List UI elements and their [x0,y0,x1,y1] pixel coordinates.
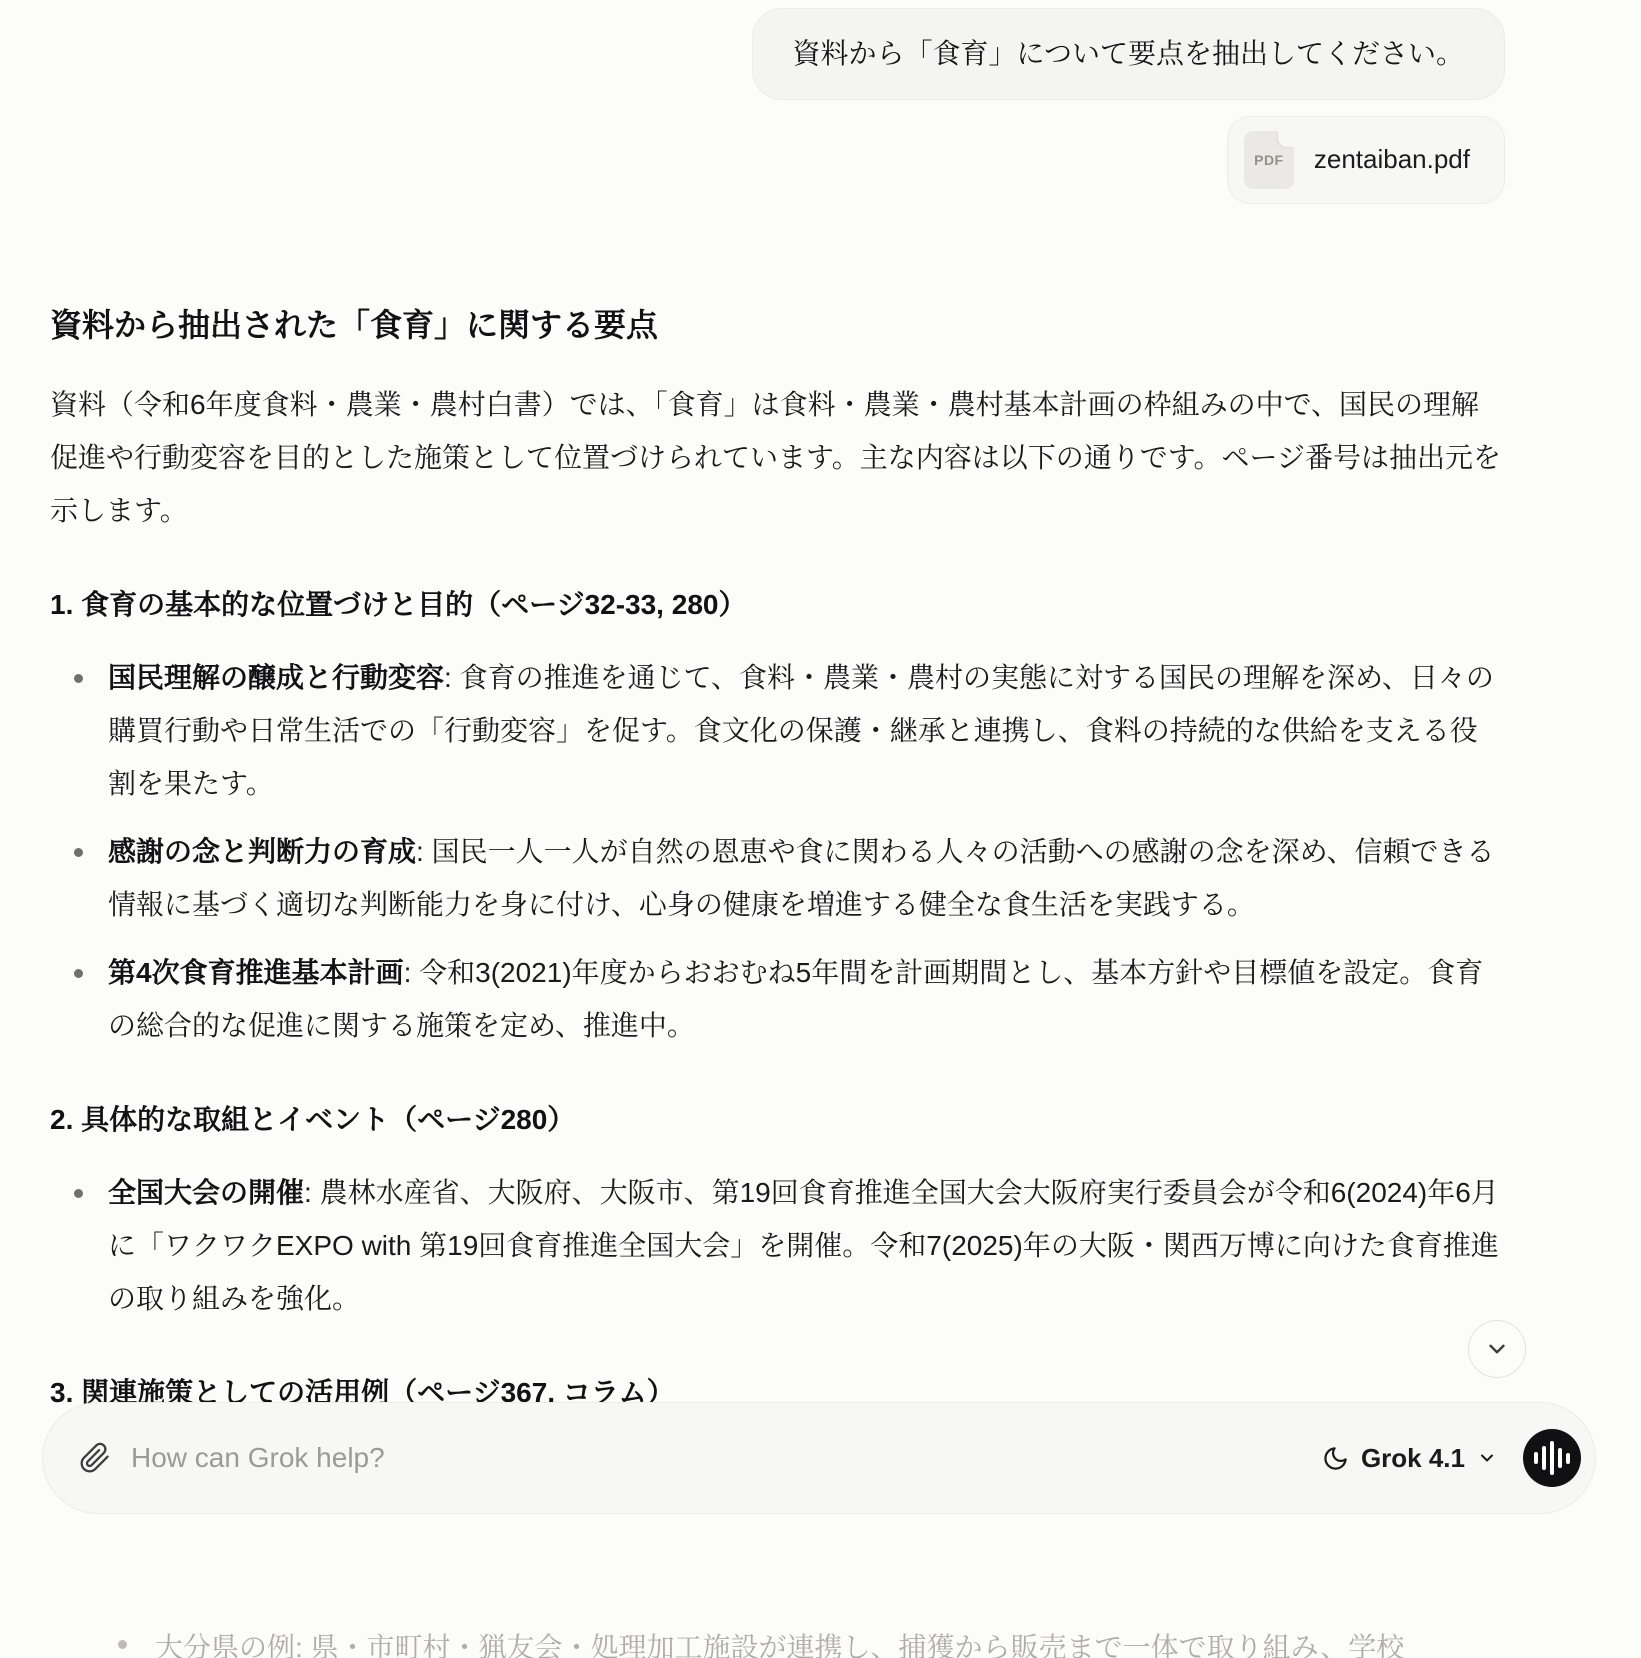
list-item: 第4次食育推進基本計画: 令和3(2021)年度からおおむね5年間を計画期間とし… [68,946,1505,1052]
bullet-lead: 第4次食育推進基本計画 [108,957,404,988]
user-message-bubble: 資料から「食育」について要点を抽出してください。 [752,8,1505,100]
pdf-file-icon: PDF [1244,131,1294,189]
chevron-down-icon [1477,1448,1497,1468]
scroll-to-bottom-button[interactable] [1468,1320,1526,1378]
section-heading-1: 1. 食育の基本的な位置づけと目的（ページ32-33, 280） [50,583,1505,623]
response-intro: 資料（令和6年度食料・農業・農村白書）では、「食育」は食料・農業・農村基本計画の… [50,378,1505,537]
list-item: 全国大会の開催: 農林水産省、大阪府、大阪市、第19回食育推進全国大会大阪府実行… [68,1166,1505,1325]
chevron-down-icon [1484,1336,1510,1362]
moon-icon [1322,1445,1349,1472]
bullet-dot [74,1189,83,1198]
waveform-icon [1534,1441,1570,1475]
bullet-dot [74,674,83,683]
chat-thread: 資料から「食育」について要点を抽出してください。 PDF zentaiban.p… [50,0,1505,1507]
response-title: 資料から抽出された「食育」に関する要点 [50,300,1505,346]
faded-text: 大分県の例: 県・市町村・猟友会・処理加工施設が連携し、捕獲から販売まで一体で取… [155,1626,1404,1658]
model-label: Grok 4.1 [1361,1443,1465,1474]
clipped-overflow-line: 大分県の例: 県・市町村・猟友会・処理加工施設が連携し、捕獲から販売まで一体で取… [118,1626,1541,1658]
section-1-bullets: 国民理解の醸成と行動変容: 食育の推進を通じて、食料・農業・農村の実態に対する国… [68,651,1505,1052]
user-message-text: 資料から「食育」について要点を抽出してください。 [793,38,1464,69]
model-selector[interactable]: Grok 4.1 [1322,1443,1497,1474]
composer-bar: Grok 4.1 [42,1402,1596,1514]
bullet-text: : 農林水産省、大阪府、大阪市、第19回食育推進全国大会大阪府実行委員会が令和6… [108,1177,1499,1314]
voice-mode-button[interactable] [1523,1429,1581,1487]
attach-file-button[interactable] [73,1436,117,1480]
pdf-attachment-chip[interactable]: PDF zentaiban.pdf [1227,116,1505,204]
composer-input[interactable] [131,1442,1322,1474]
list-item: 国民理解の醸成と行動変容: 食育の推進を通じて、食料・農業・農村の実態に対する国… [68,651,1505,810]
page-fold-corner [1278,131,1294,147]
bullet-dot [74,848,83,857]
bullet-dot [74,969,83,978]
pdf-type-label: PDF [1254,152,1284,168]
list-item: 感謝の念と判断力の育成: 国民一人一人が自然の恩恵や食に関わる人々の活動への感謝… [68,825,1505,931]
user-message-row: 資料から「食育」について要点を抽出してください。 [50,8,1505,100]
bullet-lead: 感謝の念と判断力の育成 [108,836,416,867]
bullet-lead: 国民理解の醸成と行動変容 [108,662,444,693]
bullet-dot [118,1640,127,1649]
bullet-lead: 全国大会の開催 [108,1177,304,1208]
attachment-filename: zentaiban.pdf [1314,144,1470,175]
section-2-bullets: 全国大会の開催: 農林水産省、大阪府、大阪市、第19回食育推進全国大会大阪府実行… [68,1166,1505,1325]
paperclip-icon [79,1442,111,1474]
attachment-row: PDF zentaiban.pdf [50,116,1505,204]
section-heading-2: 2. 具体的な取組とイベント（ページ280） [50,1098,1505,1138]
